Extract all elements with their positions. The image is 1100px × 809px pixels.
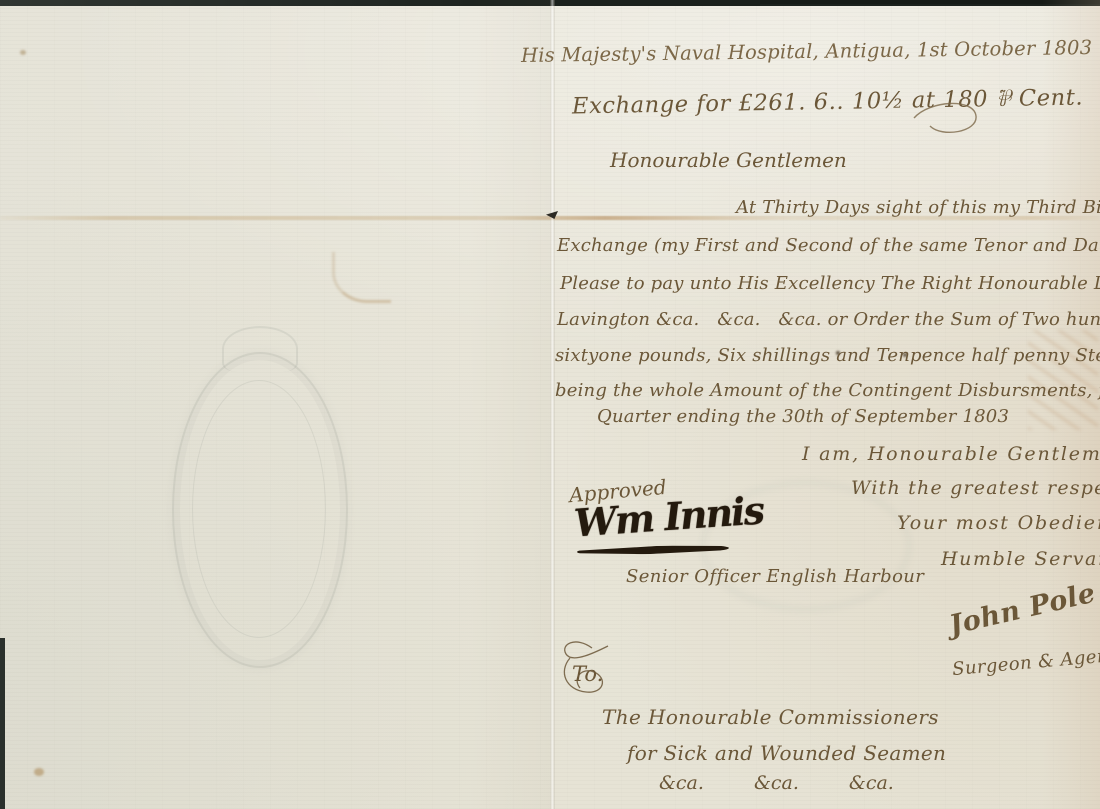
body-line: Exchange (my First and Second of the sam…: [557, 235, 1100, 256]
addressee-etc-line: &ca. &ca. &ca.: [659, 772, 894, 794]
age-spot: [34, 768, 44, 776]
addressee-line: for Sick and Wounded Seamen: [627, 741, 946, 765]
exchange-amount-line: Exchange for £261. 6.. 10½ at 180 ⅌ Cent…: [572, 81, 1084, 121]
watermark-inner-oval: [192, 380, 326, 638]
watermark-crown: [222, 326, 298, 372]
approver-title: Senior Officer English Harbour: [626, 566, 924, 587]
vertical-fold-line: [550, 0, 555, 809]
age-spot: [20, 50, 26, 55]
body-line: Please to pay unto His Excellency The Ri…: [560, 273, 1100, 294]
body-line: At Thirty Days sight of this my Third Bi…: [736, 197, 1100, 218]
closing-line: Your most Obedient: [897, 512, 1100, 534]
salutation: Honourable Gentlemen: [610, 148, 847, 172]
addressee-line: The Honourable Commissioners: [602, 705, 939, 729]
closing-line: I am, Honourable Gentlemen: [802, 443, 1100, 465]
body-line: being the whole Amount of the Contingent…: [555, 380, 1100, 401]
closing-line: Humble Servant: [941, 548, 1100, 570]
body-line: sixtyone pounds, Six shillings and Tenpe…: [555, 345, 1100, 366]
dateline: His Majesty's Naval Hospital, Antigua, 1…: [521, 36, 1093, 67]
body-line: Lavington &ca. &ca. &ca. or Order the Su…: [557, 309, 1100, 330]
scanned-manuscript-letter: His Majesty's Naval Hospital, Antigua, 1…: [0, 0, 1100, 809]
body-line: Quarter ending the 30th of September 180…: [597, 406, 1009, 427]
flourish-after-cent: [912, 96, 982, 140]
closing-line: With the greatest respect: [851, 477, 1100, 499]
addressee-to: To.: [572, 662, 603, 686]
